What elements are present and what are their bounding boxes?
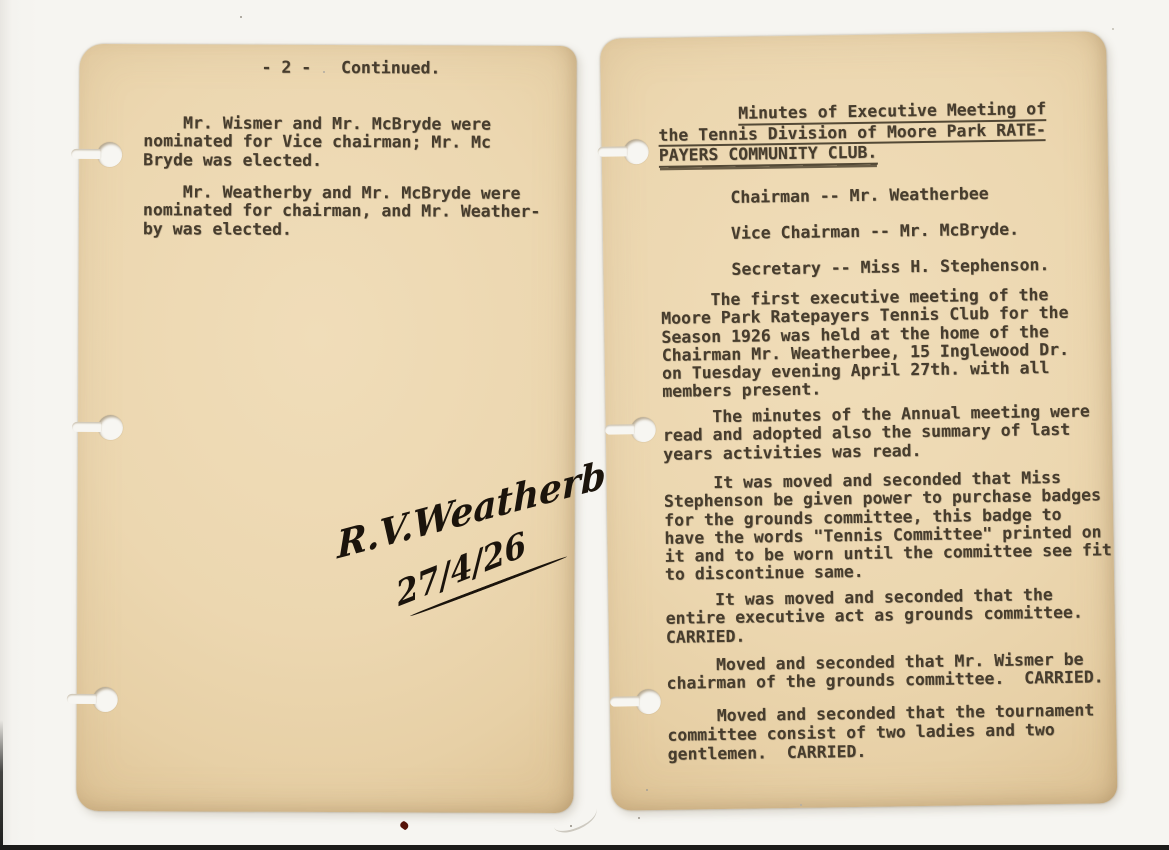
typed-paragraph: The first executive meeting of the Moore… xyxy=(661,286,1070,402)
typed-paragraph: Moved and seconded that Mr. Wismer be ch… xyxy=(666,650,1104,693)
typed-paragraph: It was moved and seconded that the entir… xyxy=(665,586,1083,647)
typed-paragraph: Moved and seconded that the tournament c… xyxy=(667,700,1095,763)
document-title: Minutes of Executive Meeting of the Tenn… xyxy=(658,100,1047,167)
page-number-header: - 2 - Continued. xyxy=(262,59,441,78)
officer-line-chairman: Chairman -- Mr. Weatherbee xyxy=(730,185,989,207)
scanner-edge-bottom xyxy=(0,845,1169,850)
officer-line-secretary: Secretary -- Miss H. Stephenson. xyxy=(731,256,1049,279)
officer-line-vice-chairman: Vice Chairman -- Mr. McBryde. xyxy=(731,221,1019,244)
title-text: PAYERS COMMUNITY CLUB. xyxy=(659,144,878,168)
scanner-edge-left xyxy=(0,720,3,850)
punch-hole xyxy=(631,417,656,442)
punch-hole xyxy=(98,415,123,440)
ink-speck xyxy=(398,821,411,830)
punch-hole xyxy=(624,139,649,164)
punch-hole xyxy=(636,689,661,714)
dust-specks xyxy=(240,16,242,18)
typed-paragraph: It was moved and seconded that Miss Step… xyxy=(664,468,1113,584)
page-right: Minutes of Executive Meeting of the Tenn… xyxy=(600,31,1117,810)
punch-hole xyxy=(97,142,122,167)
typed-paragraph: The minutes of the Annual meeting were r… xyxy=(663,403,1091,464)
typed-paragraph: Mr. Wismer and Mr. McBryde were nominate… xyxy=(143,114,491,170)
title-line: PAYERS COMMUNITY CLUB. xyxy=(659,141,1047,167)
page-left: - 2 - Continued. Mr. Wismer and Mr. McBr… xyxy=(76,44,576,813)
scanned-document: - 2 - Continued. Mr. Wismer and Mr. McBr… xyxy=(0,0,1169,850)
typed-paragraph: Mr. Weatherby and Mr. McBryde were nomin… xyxy=(143,183,541,240)
signature: R.V.Weatherbe 27/4/26 xyxy=(332,447,649,622)
punch-hole xyxy=(93,687,118,712)
